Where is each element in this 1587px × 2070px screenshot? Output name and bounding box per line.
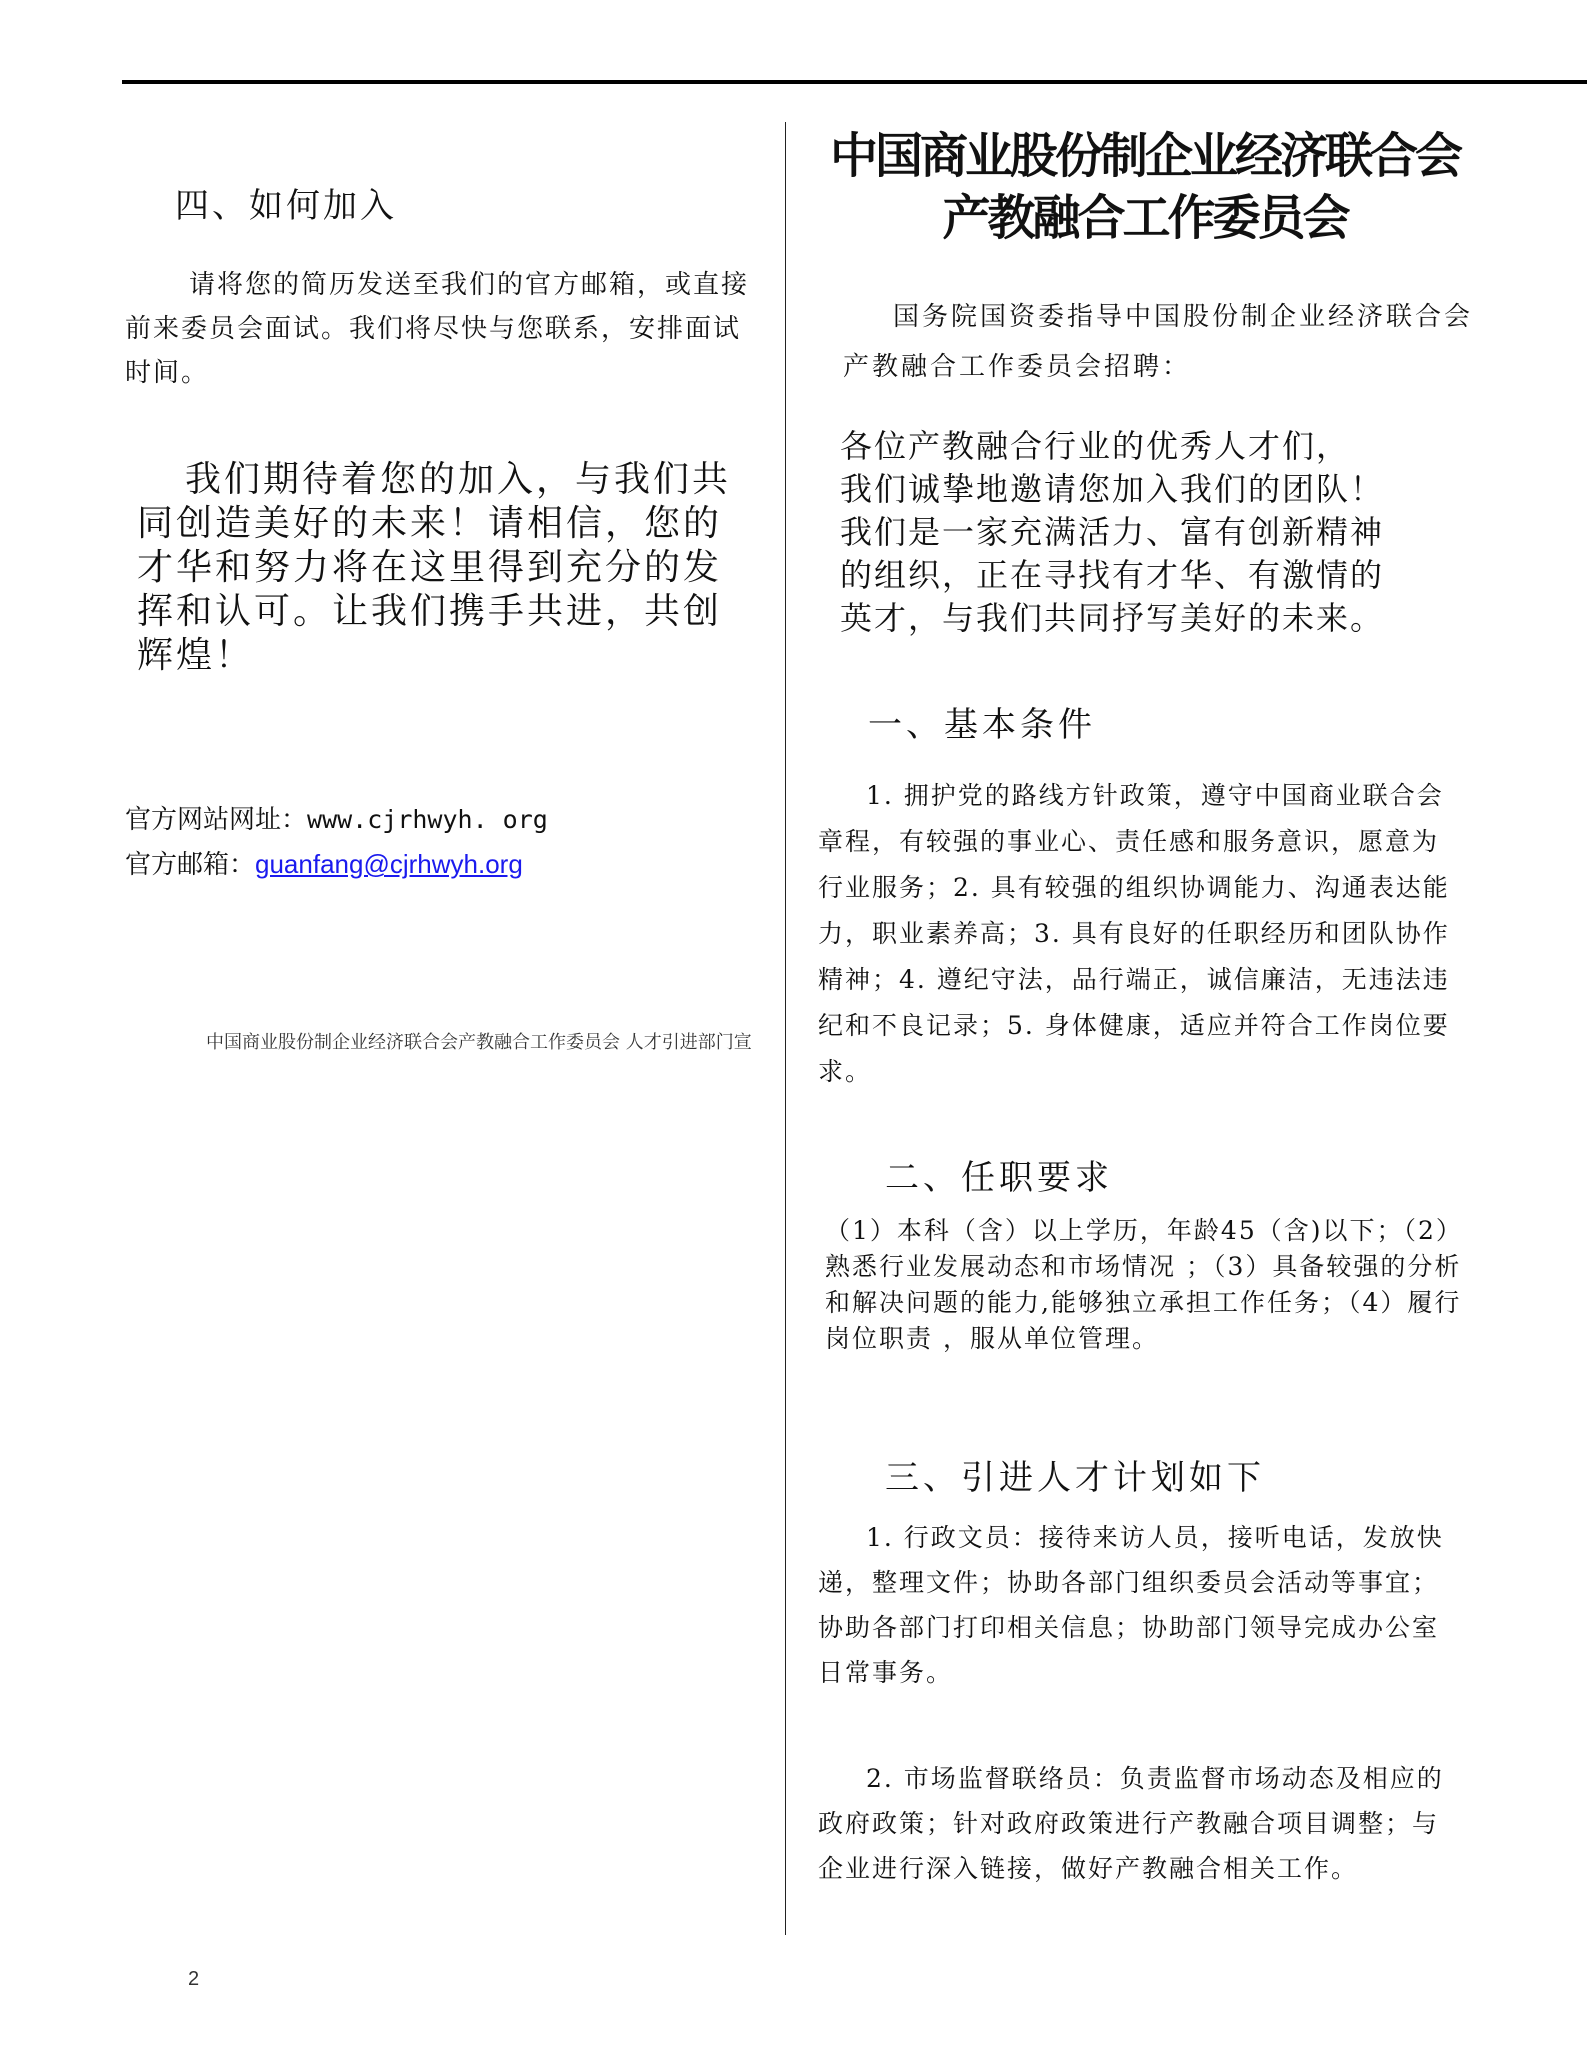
invitation-paragraph: 各位产教融合行业的优秀人才们， 我们诚挚地邀请您加入我们的团队！ 我们是一家充满…: [840, 425, 1460, 640]
section-heading-talent-plan: 三、引进人才计划如下: [885, 1450, 1265, 1499]
invitation-line: 我们是一家充满活力、富有创新精神: [840, 511, 1460, 554]
section-heading-how-to-join: 四、如何加入: [175, 178, 397, 227]
closing-paragraph: 我们期待着您的加入，与我们共同创造美好的未来！请相信，您的才华和努力将在这里得到…: [137, 458, 757, 678]
intro-paragraph: 国务院国资委指导中国股份制企业经济联合会产教融合工作委员会招聘：: [843, 292, 1483, 392]
website-url[interactable]: www.cjrhwyh. org: [307, 805, 548, 834]
how-to-join-paragraph: 请将您的简历发送至我们的官方邮箱，或直接前来委员会面试。我们将尽快与您联系，安排…: [125, 263, 765, 395]
basic-conditions-text: 1. 拥护党的路线方针政策，遵守中国商业联合会 章程，有较强的事业心、责任感和服…: [818, 781, 1471, 1086]
page-number: 2: [188, 1968, 199, 1991]
contact-block: 官方网站网址：www.cjrhwyh. org 官方邮箱：guanfang@cj…: [125, 798, 548, 887]
invitation-line: 各位产教融合行业的优秀人才们，: [840, 425, 1460, 468]
column-divider: [785, 122, 786, 1935]
invitation-line: 我们诚挚地邀请您加入我们的团队！: [840, 468, 1460, 511]
email-label: 官方邮箱：: [125, 850, 255, 880]
how-to-join-text: 请将您的简历发送至我们的官方邮箱，或直接前来委员会面试。我们将尽快与您联系，安排…: [125, 270, 749, 388]
job-admin-clerk-paragraph: 1. 行政文员：接待来访人员，接听电话，发放快递，整理文件；协助各部门组织委员会…: [818, 1515, 1458, 1695]
header-rule: [122, 80, 1587, 84]
title-line-1: 中国商业股份制企业经济联合会: [800, 125, 1490, 187]
job-market-liaison-paragraph: 2. 市场监督联络员：负责监督市场动态及相应的政府政策；针对政府政策进行产教融合…: [818, 1756, 1458, 1891]
closing-text: 我们期待着您的加入，与我们共同创造美好的未来！请相信，您的才华和努力将在这里得到…: [137, 459, 731, 676]
website-line: 官方网站网址：www.cjrhwyh. org: [125, 798, 548, 842]
email-line: 官方邮箱：guanfang@cjrhwyh.org: [125, 842, 548, 887]
basic-conditions-paragraph: 1. 拥护党的路线方针政策，遵守中国商业联合会 章程，有较强的事业心、责任感和服…: [818, 773, 1458, 1095]
job-admin-clerk-text: 1. 行政文员：接待来访人员，接听电话，发放快递，整理文件；协助各部门组织委员会…: [818, 1523, 1444, 1687]
department-caption: 中国商业股份制企业经济联合会产教融合工作委员会 人才引进部门宣: [206, 1030, 786, 1056]
section-heading-job-requirements: 二、任职要求: [885, 1150, 1113, 1199]
job-requirements-paragraph: （1）本科（含）以上学历，年龄45（含)以下；（2）熟悉行业发展动态和市场情况 …: [825, 1213, 1465, 1357]
title-line-2: 产教融合工作委员会: [800, 187, 1490, 249]
section-heading-basic-conditions: 一、基本条件: [868, 697, 1096, 746]
email-link[interactable]: guanfang@cjrhwyh.org: [255, 849, 523, 879]
invitation-line: 的组织，正在寻找有才华、有激情的: [840, 554, 1460, 597]
job-market-liaison-text: 2. 市场监督联络员：负责监督市场动态及相应的政府政策；针对政府政策进行产教融合…: [818, 1764, 1444, 1883]
website-label: 官方网站网址：: [125, 805, 307, 835]
invitation-line: 英才，与我们共同抒写美好的未来。: [840, 597, 1460, 640]
intro-text: 国务院国资委指导中国股份制企业经济联合会产教融合工作委员会招聘：: [843, 302, 1473, 382]
document-title: 中国商业股份制企业经济联合会 产教融合工作委员会: [800, 125, 1490, 249]
